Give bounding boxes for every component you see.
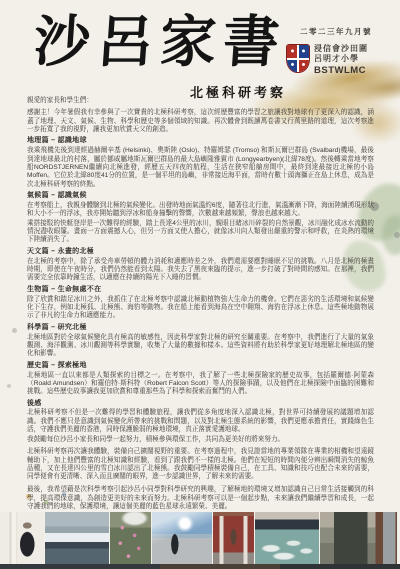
photo-principal-portrait-with-calligraphy (0, 512, 44, 564)
photo-arctic-flowers (110, 512, 151, 564)
cross-icon (287, 45, 309, 72)
photo-red-chapel-monument (213, 512, 254, 564)
section-heading-geography: 地理篇 – 認識地球 (27, 137, 374, 146)
school-abbreviation: BSTWLMC (314, 65, 368, 77)
school-name-line1: 浸信會沙田圍 (314, 44, 368, 54)
intro-paragraph: 感謝主！今年暑假我有幸參與了一次寶貴的北極科研考察，這次經歷豐富的學習之旅讓我對… (27, 109, 374, 134)
section-paragraph: 我乘飛機先後到達經過赫爾辛基 (Helsinki)、奧斯陸 (Oslo)、特羅姆… (27, 147, 374, 189)
section-paragraph: 除了欣賞和踏足冰川之外，我抓住了在北極考察中認識北極動植物強大生命力的機會。它們… (27, 296, 374, 321)
photo-glacier-coastline (45, 512, 109, 564)
section-heading-history: 歷史篇 – 探索極地 (27, 362, 374, 371)
section-paragraph: 我鼓勵每位沙呂小家長和同學一起努力，積極參與環保工作，共同為更美好的將來努力。 (27, 436, 374, 444)
bottom-photo-row-edge (0, 564, 400, 569)
photo-strip (0, 512, 400, 564)
section-paragraph: 北極科研考察再次讓我體驗，裝備自己擴闊視野的重要。在考察過程中，我見證當地的專業… (27, 448, 374, 481)
section-heading-astronomy: 天文篇 – 永晝的北極 (27, 248, 374, 257)
section-paragraph: 在考察船上，我親身體驗到北極的氣候變化。出發時地面氣溫約6度，隨著往北行進，氣溫… (27, 202, 374, 219)
dot-decoration (12, 328, 17, 333)
leaf-decoration (382, 215, 400, 255)
newsletter-page: 二零二三年九月號 浸信會沙田圍 呂明才小學 BSTWLMC 沙呂家書 北極科研考… (0, 0, 400, 569)
issue-date: 二零二三年九月號 (300, 26, 372, 37)
school-crest-icon (286, 44, 310, 73)
section-paragraph: 北極科研考察不但是一次難得的學習和體驗旅程，讓我們從多角度地深入認識北極，對世界… (27, 409, 374, 434)
section-paragraph: 北極地區一直以來都是人類探索的目標之一。在考察中，我了解了一些北極探險家的歷史故… (27, 372, 374, 397)
dot-decoration (394, 232, 400, 238)
photo-ice-floes-in-fjord (255, 512, 319, 564)
photo-outdoor-information-boards (320, 512, 397, 564)
section-heading-climate: 氣候篇 – 認識氣候 (27, 192, 374, 201)
section-paragraph: 在北極的考察中，除了承受舟車勞頓的體力消耗和適應時差之外，我們還需要應對睡眠不足… (27, 258, 374, 283)
school-name-line2: 呂明才小學 (314, 54, 368, 64)
section-paragraph: 最後，我希望藉是次科學考察引起沙呂小同學對科學研究的興趣，了解極地的環境又增加認… (27, 486, 374, 511)
school-name: 浸信會沙田圍 呂明才小學 BSTWLMC (314, 44, 368, 77)
newsletter-title: 沙呂家書 (32, 12, 288, 74)
section-heading-afterthoughts: 後感 (27, 400, 374, 409)
dot-decoration (7, 384, 11, 388)
section-paragraph: 乘搭接駁的快艇登岸是一次難得的經驗，踏上長達4公里的冰川，親眼目睹冰川碎裂的自然… (27, 220, 374, 245)
section-paragraph: 北極地區對於全球氣候變化具有極高的敏感性，因此科學家對北極的研究至關重要。在考察… (27, 334, 374, 359)
greeting: 親愛的家長和學生們： (27, 97, 374, 105)
letter-body: 親愛的家長和學生們： 感謝主！今年暑假我有幸參與了一次寶貴的北極科研考察，這次經… (27, 97, 374, 523)
section-heading-biology: 生物篇 – 生命無處不在 (27, 286, 374, 295)
photo-ship-deck-midnight-sun (152, 512, 212, 564)
section-heading-science: 科學篇 – 研究北極 (27, 324, 374, 333)
school-logo-block: 浸信會沙田圍 呂明才小學 BSTWLMC (286, 44, 368, 77)
